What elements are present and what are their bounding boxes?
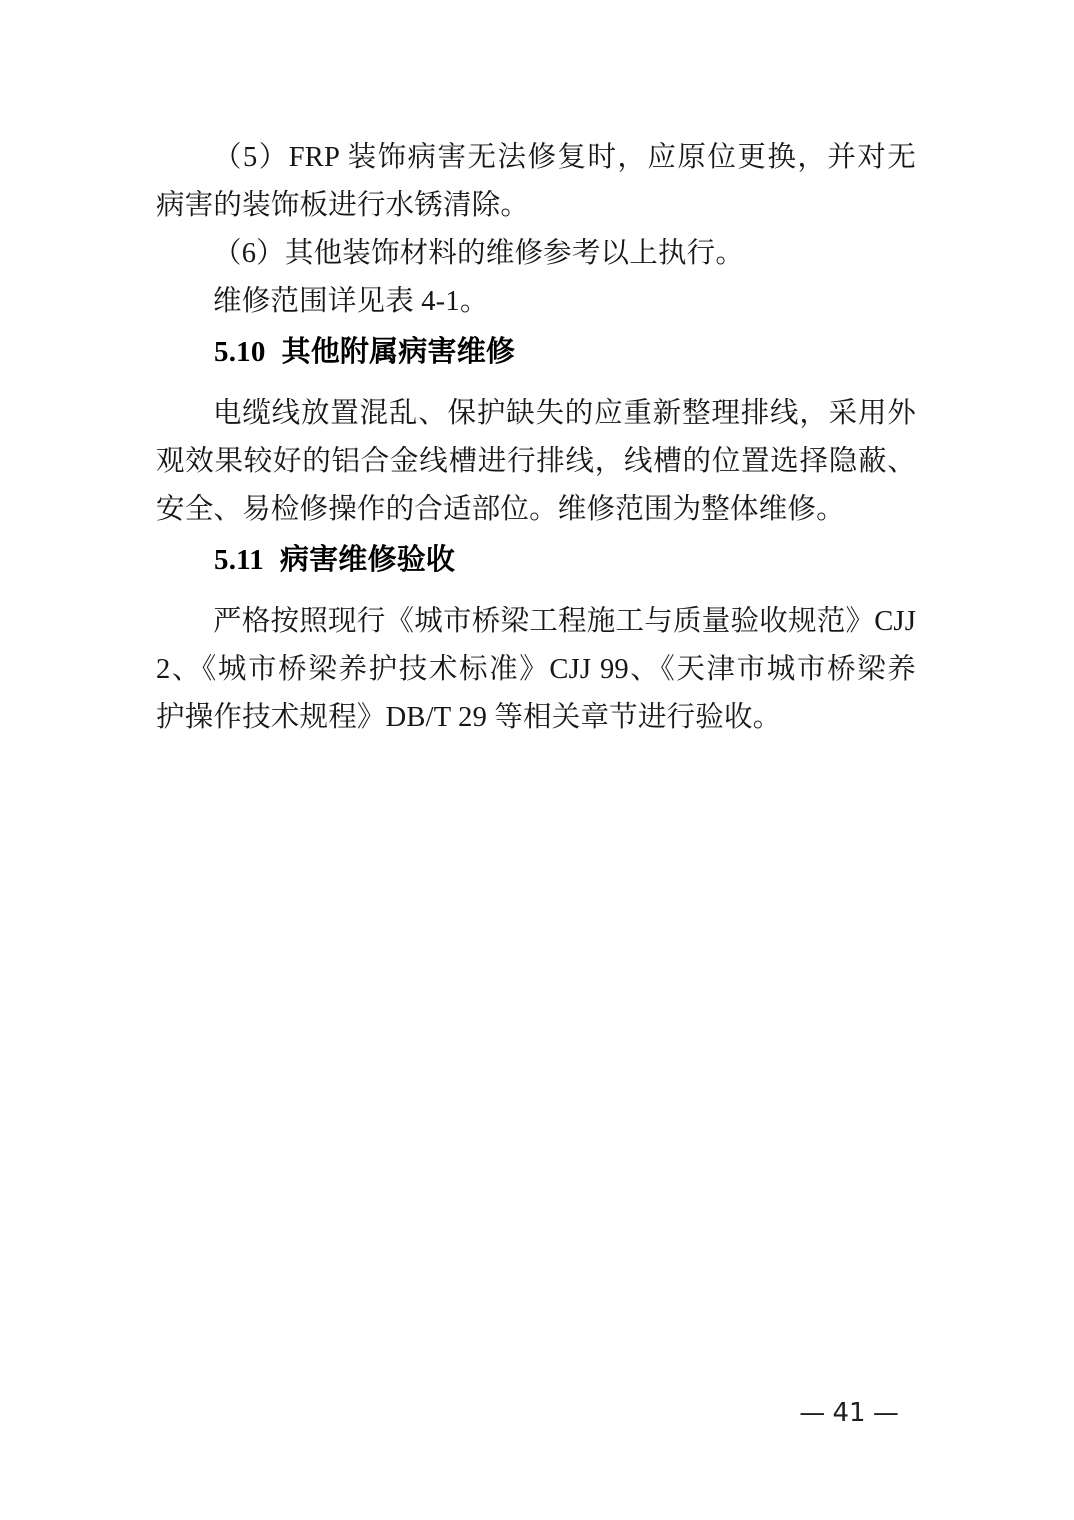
document-body: （5）FRP 装饰病害无法修复时，应原位更换，并对无 病害的装饰板进行水锈清除。… xyxy=(156,134,916,742)
footer-right-dash: — xyxy=(873,1398,899,1428)
text-line: 安全、易检修操作的合适部位。维修范围为整体维修。 xyxy=(156,486,916,534)
section-title: 其他附属病害维修 xyxy=(282,336,516,368)
page-number: 41 xyxy=(832,1398,865,1428)
paragraph-section-5-11: 严格按照现行《城市桥梁工程施工与质量验收规范》CJJ 2、《城市桥梁养护技术标准… xyxy=(156,598,916,742)
text-line: 2、《城市桥梁养护技术标准》CJJ 99、《天津市城市桥梁养 xyxy=(156,646,916,694)
paragraph-item-5: （5）FRP 装饰病害无法修复时，应原位更换，并对无 病害的装饰板进行水锈清除。 xyxy=(156,134,916,230)
text-line: （5）FRP 装饰病害无法修复时，应原位更换，并对无 xyxy=(156,134,916,182)
text-line: 护操作技术规程》DB/T 29 等相关章节进行验收。 xyxy=(156,694,916,742)
section-number: 5.11 xyxy=(214,544,264,576)
text-line: （6）其他装饰材料的维修参考以上执行。 xyxy=(156,230,916,278)
section-title: 病害维修验收 xyxy=(280,544,455,576)
page-footer: —41— xyxy=(792,1398,906,1428)
paragraph-section-5-10: 电缆线放置混乱、保护缺失的应重新整理排线，采用外 观效果较好的铝合金线槽进行排线… xyxy=(156,390,916,534)
document-page: （5）FRP 装饰病害无法修复时，应原位更换，并对无 病害的装饰板进行水锈清除。… xyxy=(0,0,1074,1520)
text-line: 病害的装饰板进行水锈清除。 xyxy=(156,182,916,230)
section-heading-5-10: 5.10其他附属病害维修 xyxy=(156,328,916,376)
section-number: 5.10 xyxy=(214,336,266,368)
section-heading-5-11: 5.11病害维修验收 xyxy=(156,536,916,584)
paragraph-scope-note: 维修范围详见表 4-1。 xyxy=(156,278,916,326)
text-line: 观效果较好的铝合金线槽进行排线，线槽的位置选择隐蔽、 xyxy=(156,438,916,486)
text-line: 维修范围详见表 4-1。 xyxy=(156,278,916,326)
paragraph-item-6: （6）其他装饰材料的维修参考以上执行。 xyxy=(156,230,916,278)
text-line: 电缆线放置混乱、保护缺失的应重新整理排线，采用外 xyxy=(156,390,916,438)
footer-left-dash: — xyxy=(799,1398,825,1428)
text-line: 严格按照现行《城市桥梁工程施工与质量验收规范》CJJ xyxy=(156,598,916,646)
